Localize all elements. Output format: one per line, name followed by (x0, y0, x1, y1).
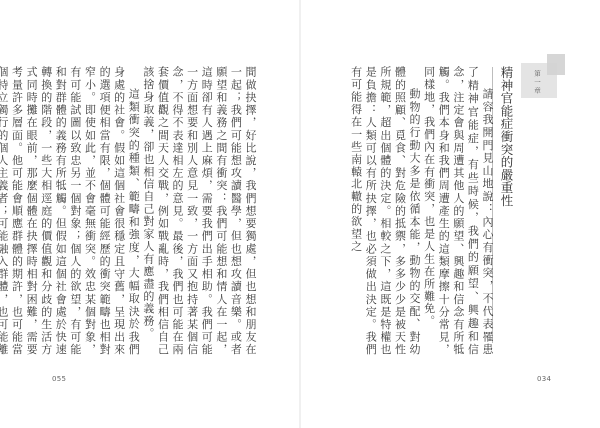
right-page-body: 請容我開門見山地說：內心有衝突，不代表罹患了精神官能症，有些時候，我們的願望、興… (404, 66, 494, 356)
page-number: 055 (52, 375, 66, 383)
chapter-title: 精神官能症衝突的嚴重性 (499, 66, 513, 207)
paragraph: 請容我開門見山地說：內心有衝突，不代表罹患了精神官能症，有些時候，我們的願望、興… (421, 66, 494, 356)
paragraph: 這類衝突的種類、範疇和強度，大幅取決於我們身處的社會。假如這個社會很穩定且守舊，… (0, 66, 140, 356)
left-page: 間做抉擇，好比說，我們想要獨處，但也想和朋友在一起；我們可能想攻讀醫學，但也想攻… (0, 0, 300, 428)
page-number: 034 (537, 375, 551, 383)
left-page-body: 間做抉擇，好比說，我們想要獨處，但也想和朋友在一起；我們可能想攻讀醫學，但也想攻… (37, 66, 257, 356)
chapter-badge-accent (547, 54, 565, 75)
paragraph: 動物的行動大多是依循本能，動物的交配、對幼體的照顧、覓食、對危險的抵禦，多多少少… (348, 66, 421, 356)
book-spread: 間做抉擇，好比說，我們想要獨處，但也想和朋友在一起；我們可能想攻讀醫學，但也想攻… (0, 0, 600, 428)
right-page: 第一章 精神官能症衝突的嚴重性 請容我開門見山地說：內心有衝突，不代表罹患了精神… (300, 0, 600, 428)
paragraph: 間做抉擇，好比說，我們想要獨處，但也想和朋友在一起；我們可能想攻讀醫學，但也想攻… (140, 66, 257, 356)
chapter-label: 第一章 (533, 70, 542, 96)
